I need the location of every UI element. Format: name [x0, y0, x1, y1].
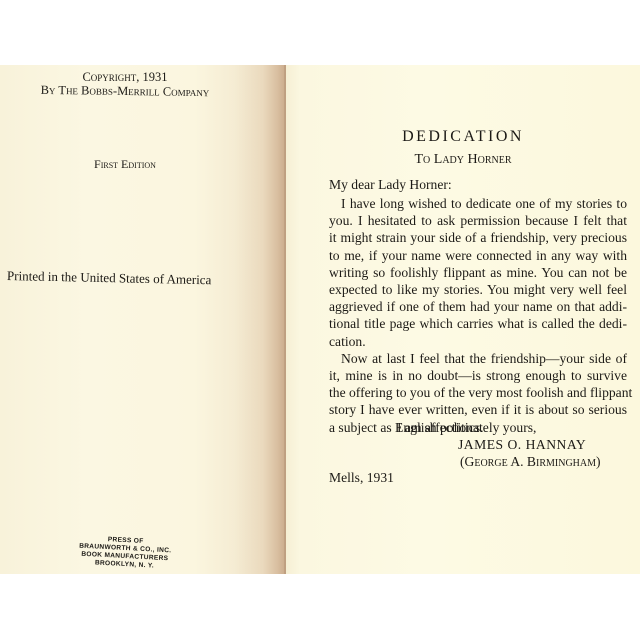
author-pseudonym: (George A. Birmingham) [460, 454, 601, 470]
paragraph-1-line: it might strain your side of a friendshi… [329, 229, 627, 246]
paragraph-1-line: to me, if your name were connected in an… [329, 247, 627, 264]
copyright-page [0, 65, 286, 574]
paragraph-1-line: you. I hesitated to ask permission becau… [329, 212, 627, 229]
edition-line: First Edition [0, 157, 250, 172]
paragraph-1-line: tional title page which carries what is … [329, 315, 627, 332]
paragraph-2-line: story I have ever written, even if it is… [329, 401, 627, 418]
paragraph-2-line: Now at last I feel that the friendship—y… [329, 350, 627, 367]
place-date: Mells, 1931 [329, 470, 394, 486]
closing-line: I am affectionately yours, [397, 420, 536, 436]
salutation: My dear Lady Horner: [329, 177, 452, 193]
dedication-body: I have long wished to dedicate one of my… [329, 195, 627, 436]
paragraph-1-line: cation. [329, 333, 627, 350]
paragraph-1-line: expected to like my stories. You might v… [329, 281, 627, 298]
paragraph-1-line: I have long wished to dedicate one of my… [329, 195, 627, 212]
paragraph-2-line: the offering to you of the very most foo… [329, 384, 627, 401]
dedicatee-line: To Lady Horner [286, 152, 640, 168]
paragraph-2-line: it, mine is in no doubt—is strong enough… [329, 367, 627, 384]
dedication-title: DEDICATION [286, 128, 640, 146]
author-name: JAMES O. HANNAY [458, 437, 586, 453]
paragraph-1-line: aggrieved if one of them had your name o… [329, 298, 627, 315]
paragraph-1-line: writing so foolishly flippant as mine. Y… [329, 264, 627, 281]
